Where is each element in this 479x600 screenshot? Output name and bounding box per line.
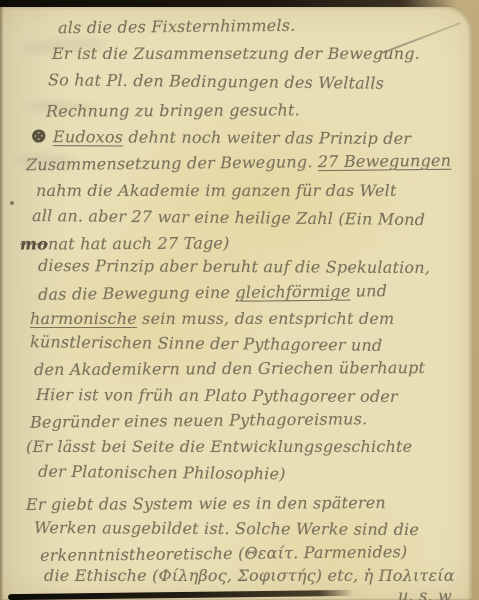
handwriting-line: Zusammensetzung der Bewegung. 27 Bewegun…	[26, 151, 451, 174]
handwriting-line: den Akademikern und den Griechen überhau…	[34, 358, 425, 379]
handwriting-line: erkenntnistheoretische (Θεαίτ. Parmenide…	[40, 542, 408, 565]
handwriting-line: Rechnung zu bringen gesucht.	[46, 100, 300, 120]
handwriting-line: das die Bewegung eine gleichförmige und	[38, 281, 387, 304]
handwriting-line: dieses Prinzip aber beruht auf die Speku…	[38, 256, 430, 277]
handwriting-line: all an. aber 27 war eine heilige Zahl (E…	[32, 206, 425, 229]
book-top-edge	[0, 0, 457, 7]
handwriting-line: u. s. w	[398, 586, 452, 600]
handwriting-line: der Platonischen Philosophie)	[38, 462, 286, 484]
handwriting-line: Werken ausgebildet ist. Solche Werke sin…	[34, 518, 419, 539]
handwriting-line: harmonische sein muss, das entspricht de…	[30, 309, 394, 328]
handwriting-line: monat hat auch 27 Tage)	[20, 233, 230, 253]
handwriting-line: Er ist die Zusammensetzung der Bewegung.	[52, 44, 420, 63]
handwriting-line: nahm die Akademie im ganzen für das Welt	[36, 181, 397, 200]
handwriting-line: Er giebt das System wie es in den später…	[26, 493, 386, 514]
handwriting-line: Begründer eines neuen Pythagoreismus.	[30, 409, 368, 432]
handwriting-line: Hier ist von früh an Plato Pythagoreer o…	[36, 385, 398, 406]
handwriting-line: (Er lässt bei Seite die Entwicklungsgesc…	[26, 437, 412, 456]
handwriting-line: ⊗Eudoxos dehnt noch weiter das Prinzip d…	[30, 125, 411, 148]
handwriting-line: als die des Fixsternhimmels.	[58, 16, 296, 37]
notebook-photo: als die des Fixsternhimmels.Er ist die Z…	[0, 0, 479, 600]
manuscript-page: als die des Fixsternhimmels.Er ist die Z…	[0, 5, 472, 600]
handwriting-line: künstlerischen Sinne der Pythagoreer und	[30, 332, 383, 355]
crossed-out-mark: ⊗	[30, 123, 47, 147]
handwriting-line: die Ethische (Φίληβος, Σοφιστής) etc, ἡ …	[44, 566, 455, 585]
handwritten-text: als die des Fixsternhimmels.Er ist die Z…	[0, 5, 472, 600]
handwriting-line: So hat Pl. den Bedingungen des Weltalls	[48, 70, 384, 93]
